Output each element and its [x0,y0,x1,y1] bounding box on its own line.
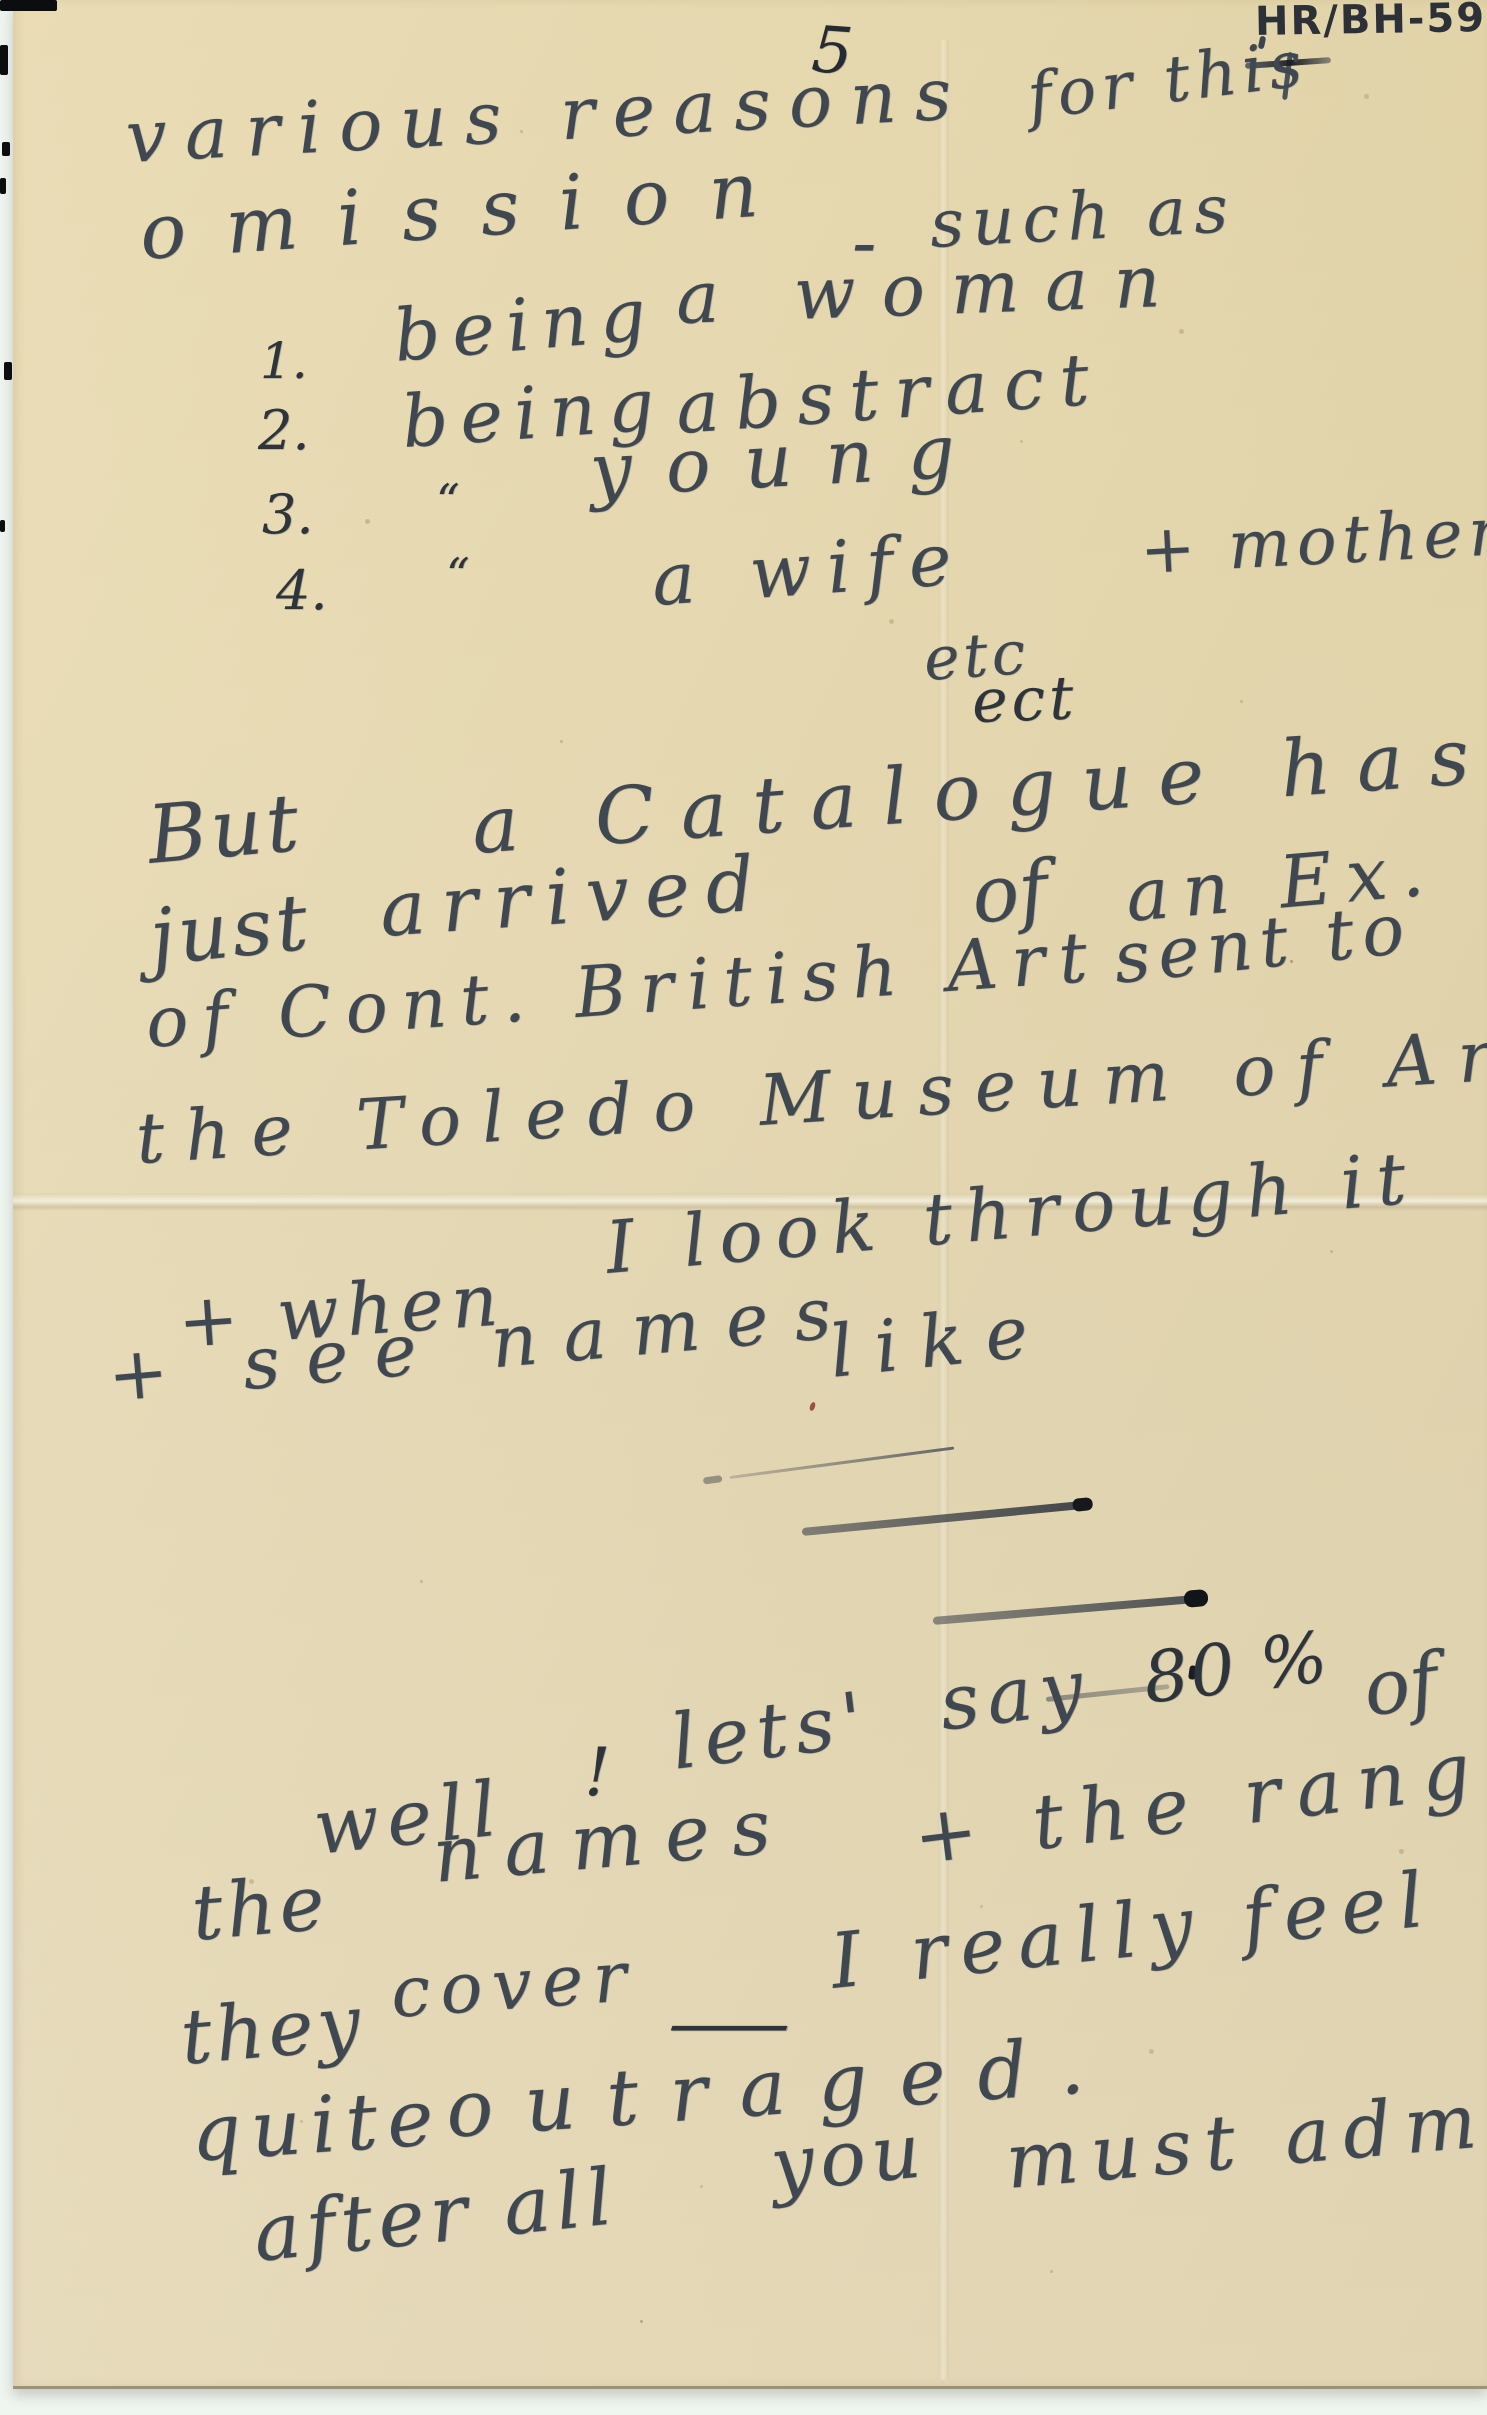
handwritten-text: But [145,783,306,876]
handwritten-text: ect [971,668,1078,732]
handwritten-text: just [146,883,315,977]
handwritten-text: say [935,1648,1094,1742]
ditto-mark: “ [436,478,460,524]
handwritten-text: of [1359,1642,1443,1728]
list-number-2: 2. [258,404,310,458]
handwritten-text: young [588,413,990,508]
handwritten-text: like [826,1293,1053,1388]
list-number-1: 1. [260,336,308,386]
handwritten-text: a woman [675,244,1188,334]
list-number-4: 4. [276,564,328,618]
list-number-3: 3. [262,488,314,542]
handwritten-text: a wife [649,522,969,616]
handwritten-text: the [189,1864,332,1952]
scanned-letter-page: 5 HR/BH-59 various reasons for this omis… [0,0,1487,2415]
scan-edge-mark [0,178,6,194]
handwritten-text: lets' [667,1681,874,1781]
handwritten-text: quite [188,2078,445,2173]
handwritten-text: you [767,2112,930,2204]
handwritten-text: cover [389,1941,639,2028]
scan-edge-mark [0,45,8,75]
scan-edge-mark [0,0,57,11]
handwritten-text: they [178,1984,367,2076]
handwritten-text: being [391,277,660,372]
scan-edge-mark [2,142,10,156]
handwritten-text: 80 % [1140,1622,1333,1714]
scan-edge-mark [4,362,12,380]
scan-edge-mark [0,520,5,532]
handwritten-text: + mother [1138,499,1487,584]
ditto-mark: “ [446,552,470,598]
